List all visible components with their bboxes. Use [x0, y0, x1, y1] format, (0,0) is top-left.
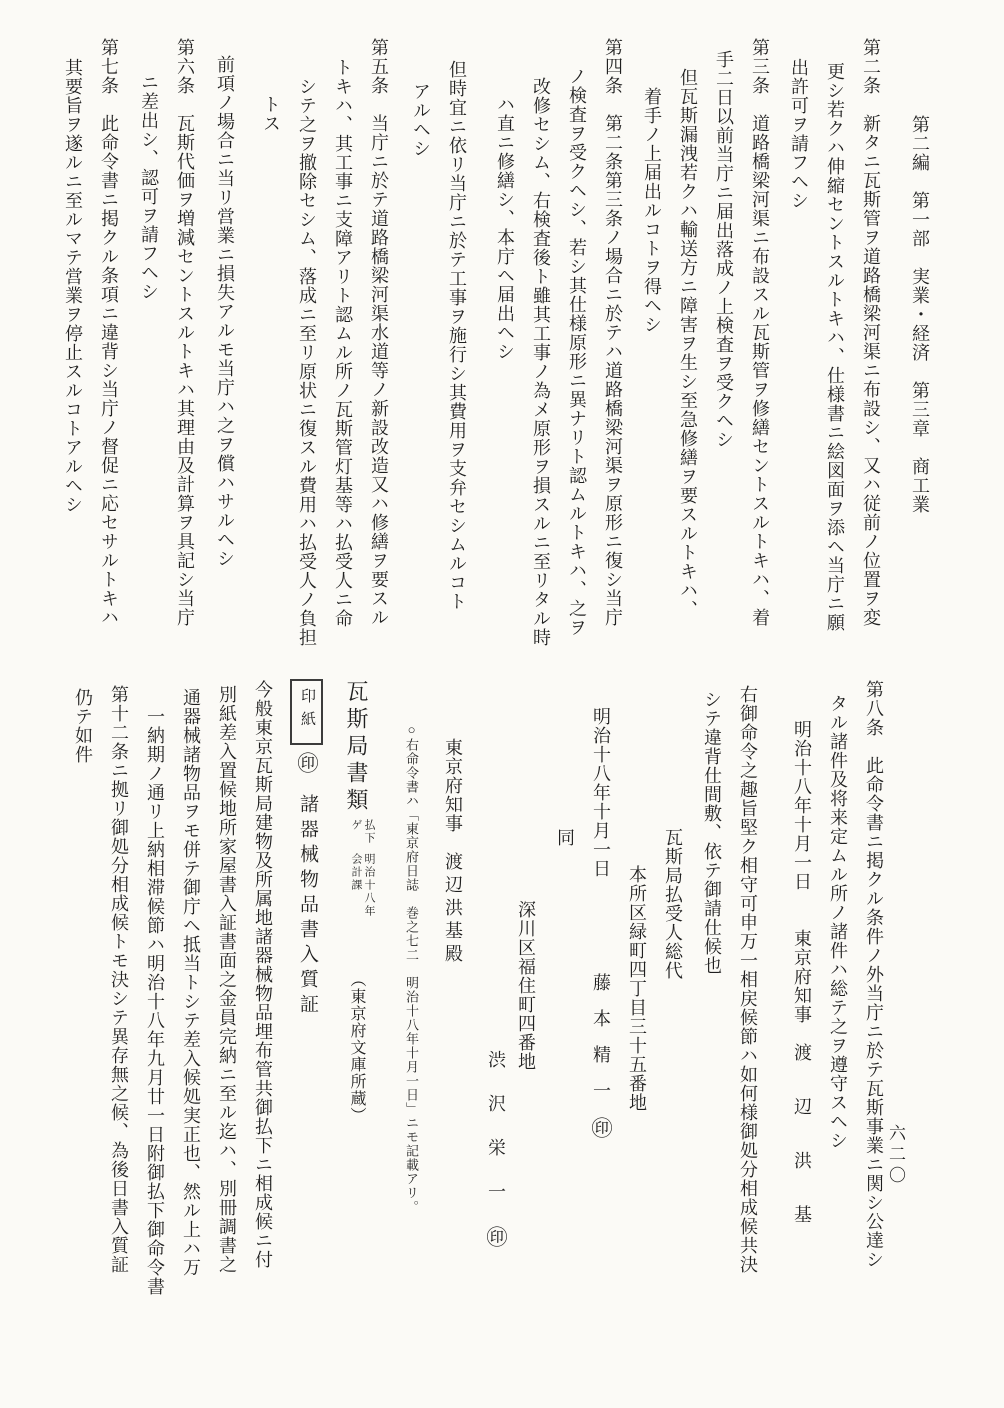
seal-icon: ㊞ — [484, 1226, 508, 1249]
text-run: 更シ若クハ伸縮セントスルトキハ、仕様書ニ絵図面ヲ添ヘ当庁ニ願 — [825, 62, 845, 632]
deed-line-6: 仍テ如件 — [65, 678, 101, 1306]
source-note: ○右命令書ハ「東京府日誌 巻之七二 明治十八年十月一日」ニモ記載アリ。 — [393, 678, 429, 1306]
text-run: 東京府知事 — [443, 738, 463, 852]
text-run: 今般東京瓦斯局建物及所属地諸器械物品埋布管共御払下ニ相成候ニ付 — [253, 680, 273, 1269]
article-5-para-2: 前項ノ場合ニ当リ営業ニ損失アルモ当庁ハ之ヲ償ハサルヘシ — [207, 38, 243, 644]
text-run: ○右命令書ハ「東京府日誌 巻之七二 明治十八年十月一日」ニモ記載アリ。 — [404, 722, 419, 1214]
article-6-line-2: ニ差出シ、認可ヲ請フヘシ — [131, 38, 167, 644]
text-run: 前項ノ場合ニ当リ営業ニ損失アルモ当庁ハ之ヲ償ハサルヘシ — [215, 55, 235, 568]
ditto-date: 同 — [547, 678, 583, 1306]
seal-icon: ㊞ — [589, 1117, 613, 1140]
addressee-name: 渡辺洪基 — [443, 852, 463, 944]
text-run: ハ直ニ修繕シ、本庁ヘ届出ヘシ — [495, 95, 515, 361]
article-2-line-3: 出許可ヲ請フヘシ — [781, 38, 817, 644]
text-run: 手二日以前当庁ニ届出落成ノ上検査ヲ受クヘシ — [714, 50, 734, 449]
text-run: トス — [261, 95, 281, 133]
deed-line-2: 別紙差入置候地所家屋書入証書面之金員完納ニ至ル迄ハ、別冊調書之 — [209, 678, 245, 1306]
text-run: ノ検査ヲ受クヘシ、若シ其仕様原形ニ異ナリト認ムルトキハ、之ヲ — [567, 67, 587, 637]
deed-line-4: 一納期ノ通リ上納相滞候節ハ明治十八年九月廿一日附御払下御命令書 — [137, 678, 173, 1306]
text-run: 明治十八年十月一日 — [591, 707, 611, 878]
article-2-line-2: 更シ若クハ伸縮セントスルトキハ、仕様書ニ絵図面ヲ添ヘ当庁ニ願 — [817, 38, 853, 644]
title-annotation-haraisage: 払下ゲ — [349, 819, 375, 845]
signer-group-title: 瓦斯局払受人総代 — [655, 678, 691, 1306]
text-run — [297, 775, 317, 794]
text-run: 殿 — [443, 944, 463, 963]
document-title-column: 瓦斯局書類払下ゲ明治十八年会計課 （東京府文庫所蔵） — [338, 678, 375, 1306]
article-4-line-4: ハ直ニ修繕シ、本庁ヘ届出ヘシ — [487, 38, 523, 644]
governor-date-signature: 明治十八年十月一日 東京府知事 渡辺洪基 — [784, 678, 820, 1306]
seal-icon: ㊞ — [295, 752, 319, 775]
signer-1-name: 藤本精一 — [591, 973, 611, 1117]
text-run: 別紙差入置候地所家屋書入証書面之金員完納ニ至ル迄ハ、別冊調書之 — [217, 685, 237, 1274]
text-run: 東京府知事 — [792, 929, 812, 1024]
article-5-line-1: 第五条 当庁ニ於テ道路橋梁河渠水道等ノ新設改造又ハ修繕ヲ要スル — [361, 38, 397, 644]
stamp-and-heading-column: 印紙㊞ 諸器械物品書入質証 — [289, 678, 325, 1306]
text-run: アルヘシ — [411, 82, 431, 158]
text-run: 第七条 此命令書ニ掲クル条項ニ違背シ当庁ノ督促ニ応セサルトキハ — [99, 38, 119, 627]
section-header: 第二編 第一部 実業・経済 第三章 商工業 — [902, 38, 938, 644]
article-5-line-3: シテ之ヲ撤除セシム、落成ニ至リ原状ニ復スル費用ハ払受人ノ負担 — [289, 38, 325, 644]
regulations-text-block: 第二編 第一部 実業・経済 第三章 商工業第二条 新タニ瓦斯管ヲ道路橋梁河渠ニ布… — [55, 38, 938, 644]
article-3-proviso-2: 着手ノ上届出ルコトヲ得ヘシ — [634, 38, 670, 644]
text-run — [346, 922, 366, 979]
text-run: 其要旨ヲ遂ルニ至ルマテ営業ヲ停止スルコトアルヘシ — [63, 58, 83, 514]
text-run: 瓦斯局払受人総代 — [663, 828, 683, 980]
article-6-line-1: 第六条 瓦斯代価ヲ増減セントスルトキハ其理由及計算ヲ具記シ当庁 — [167, 38, 203, 644]
text-run: 通器械諸物品ヲモ併テ御庁ヘ抵当トシテ差入候処実正也、然ル上ハ万 — [181, 688, 201, 1277]
page-number: 六二〇 — [883, 1124, 908, 1187]
article-5-line-2: トキハ、其工事ニ支障アリト認ムル所ノ瓦斯管灯基等ハ払受人ニ命 — [325, 38, 361, 644]
text-run — [792, 1024, 812, 1043]
text-run: 第八条 此命令書ニ掲クル条件ノ外当庁ニ於テ瓦斯事業ニ関シ公達シ — [864, 680, 884, 1269]
article-4-line-2: ノ検査ヲ受クヘシ、若シ其仕様原形ニ異ナリト認ムルトキハ、之ヲ — [559, 38, 595, 644]
text-run: 本所区緑町四丁目三十五番地 — [627, 865, 647, 1112]
article-3-line-1: 第三条 道路橋梁河渠ニ布設スル瓦斯管ヲ修繕セントスルトキハ、着 — [742, 38, 778, 644]
document-title: 瓦斯局書類 — [344, 680, 369, 815]
article-7-line-2: 其要旨ヲ遂ルニ至ルマテ営業ヲ停止スルコトアルヘシ — [55, 38, 91, 644]
warichu-line: 払下 — [362, 819, 375, 845]
text-run: 第二編 第一部 実業・経済 第三章 商工業 — [910, 115, 930, 514]
text-run: 但時宜ニ依リ当庁ニ於テ工事ヲ施行シ其費用ヲ支弁セシムルコト — [447, 60, 467, 611]
article-3-line-2: 手二日以前当庁ニ届出落成ノ上検査ヲ受クヘシ — [706, 38, 742, 644]
title-annotation-year-section: 明治十八年会計課 — [349, 853, 375, 918]
text-run — [591, 878, 611, 973]
article-8-line-2: タル諸件及将来定ムル所ノ諸件ハ総テ之ヲ遵守スヘシ — [820, 678, 856, 1306]
article-2-line-1: 第二条 新タニ瓦斯管ヲ道路橋梁河渠ニ布設シ、又ハ従前ノ位置ヲ変 — [853, 38, 889, 644]
text-run: トキハ、其工事ニ支障アリト認ムル所ノ瓦斯管灯基等ハ払受人ニ命 — [333, 58, 353, 628]
text-run: ニ差出シ、認可ヲ請フヘシ — [139, 73, 159, 301]
text-run: 第六条 瓦斯代価ヲ増減セントスルトキハ其理由及計算ヲ具記シ当庁 — [175, 38, 195, 627]
text-run: 第四条 第二条第三条ノ場合ニ於テハ道路橋梁河渠ヲ原形ニ復シ当庁 — [603, 38, 623, 627]
text-run: タル諸件及将来定ムル所ノ諸件ハ総テ之ヲ遵守スヘシ — [828, 694, 848, 1150]
text-run: 深川区福住町四番地 — [516, 900, 536, 1071]
scanned-book-page: 第二編 第一部 実業・経済 第三章 商工業第二条 新タニ瓦斯管ヲ道路橋梁河渠ニ布… — [0, 0, 1004, 1408]
text-run: 第二条 新タニ瓦斯管ヲ道路橋梁河渠ニ布設シ、又ハ従前ノ位置ヲ変 — [861, 38, 881, 627]
pledge-line-2: シテ違背仕間敷、依テ御請仕候也 — [694, 678, 730, 1306]
text-run: 着手ノ上届出ルコトヲ得ヘシ — [642, 87, 662, 334]
deed-heading: 諸器械物品書入質証 — [297, 794, 318, 1019]
article-7-line-1: 第七条 此命令書ニ掲クル条項ニ違背シ当庁ノ督促ニ応セサルトキハ — [91, 38, 127, 644]
article-4-line-3: 改修セシム、右検査後ト雖其工事ノ為メ原形ヲ損スルニ至リタル時 — [523, 38, 559, 644]
warichu-line: ゲ — [349, 819, 362, 845]
addressee-column: 東京府知事 渡辺洪基殿 — [435, 678, 471, 1306]
article-5-line-4: トス — [253, 38, 289, 644]
text-run: 第三条 道路橋梁河渠ニ布設スル瓦斯管ヲ修繕セントスルトキハ、着 — [750, 38, 770, 627]
text-run: 同 — [555, 828, 575, 847]
deed-line-3: 通器械諸物品ヲモ併テ御庁ヘ抵当トシテ差入候処実正也、然ル上ハ万 — [173, 678, 209, 1306]
text-run: 第十二条ニ拠リ御処分相成候トモ決シテ異存無之候、為後日書入質証 — [109, 685, 129, 1274]
article-4-line-1: 第四条 第二条第三条ノ場合ニ於テハ道路橋梁河渠ヲ原形ニ復シ当庁 — [595, 38, 631, 644]
text-run: 明治十八年十月一日 — [792, 720, 812, 891]
article-4-proviso-2: アルヘシ — [403, 38, 439, 644]
text-run: 仍テ如件 — [73, 688, 93, 764]
text-run — [792, 891, 812, 929]
deed-line-5: 第十二条ニ拠リ御処分相成候トモ決シテ異存無之候、為後日書入質証 — [101, 678, 137, 1306]
signatures-and-deed-text-block: 第八条 此命令書ニ掲クル条件ノ外当庁ニ於テ瓦斯事業ニ関シ公達シタル諸件及将来定ム… — [65, 678, 892, 1306]
signer-1-date-name: 明治十八年十月一日 藤本精一㊞ — [583, 678, 619, 1306]
text-run: 第五条 当庁ニ於テ道路橋梁河渠水道等ノ新設改造又ハ修繕ヲ要スル — [369, 38, 389, 627]
text-run: 改修セシム、右検査後ト雖其工事ノ為メ原形ヲ損スルニ至リタル時 — [531, 77, 551, 647]
deed-line-1: 今般東京瓦斯局建物及所属地諸器械物品埋布管共御払下ニ相成候ニ付 — [245, 678, 281, 1306]
governor-name: 渡辺洪基 — [792, 1043, 812, 1259]
revenue-stamp-box: 印紙 — [290, 679, 323, 745]
text-run: 出許可ヲ請フヘシ — [789, 58, 809, 210]
holding-note: （東京府文庫所蔵） — [348, 979, 365, 1124]
article-3-proviso-1: 但瓦斯漏洩若クハ輸送方ニ障害ヲ生シ至急修繕ヲ要スルトキハ、 — [670, 38, 706, 644]
text-run: シテ違背仕間敷、依テ御請仕候也 — [702, 690, 722, 975]
warichu-line: 会計課 — [349, 853, 362, 918]
text-run: 但瓦斯漏洩若クハ輸送方ニ障害ヲ生シ至急修繕ヲ要スルトキハ、 — [678, 68, 698, 619]
pledge-line-1: 右御命令之趣旨堅ク相守可申万一相戻候節ハ如何様御処分相成候共決 — [730, 678, 766, 1306]
signer-1-address: 本所区緑町四丁目三十五番地 — [619, 678, 655, 1306]
article-4-proviso-1: 但時宜ニ依リ当庁ニ於テ工事ヲ施行シ其費用ヲ支弁セシムルコト — [439, 38, 475, 644]
warichu-line: 明治十八年 — [362, 853, 375, 918]
article-8-line-1: 第八条 此命令書ニ掲クル条件ノ外当庁ニ於テ瓦斯事業ニ関シ公達シ — [856, 678, 892, 1306]
signer-2-name: 渋沢栄一 — [486, 1050, 506, 1226]
text-run: 右御命令之趣旨堅ク相守可申万一相戻候節ハ如何様御処分相成候共決 — [738, 685, 758, 1274]
text-run: シテ之ヲ撤除セシム、落成ニ至リ原状ニ復スル費用ハ払受人ノ負担 — [297, 77, 317, 647]
text-run: 一納期ノ通リ上納相滞候節ハ明治十八年九月廿一日附御払下御命令書 — [145, 707, 165, 1296]
